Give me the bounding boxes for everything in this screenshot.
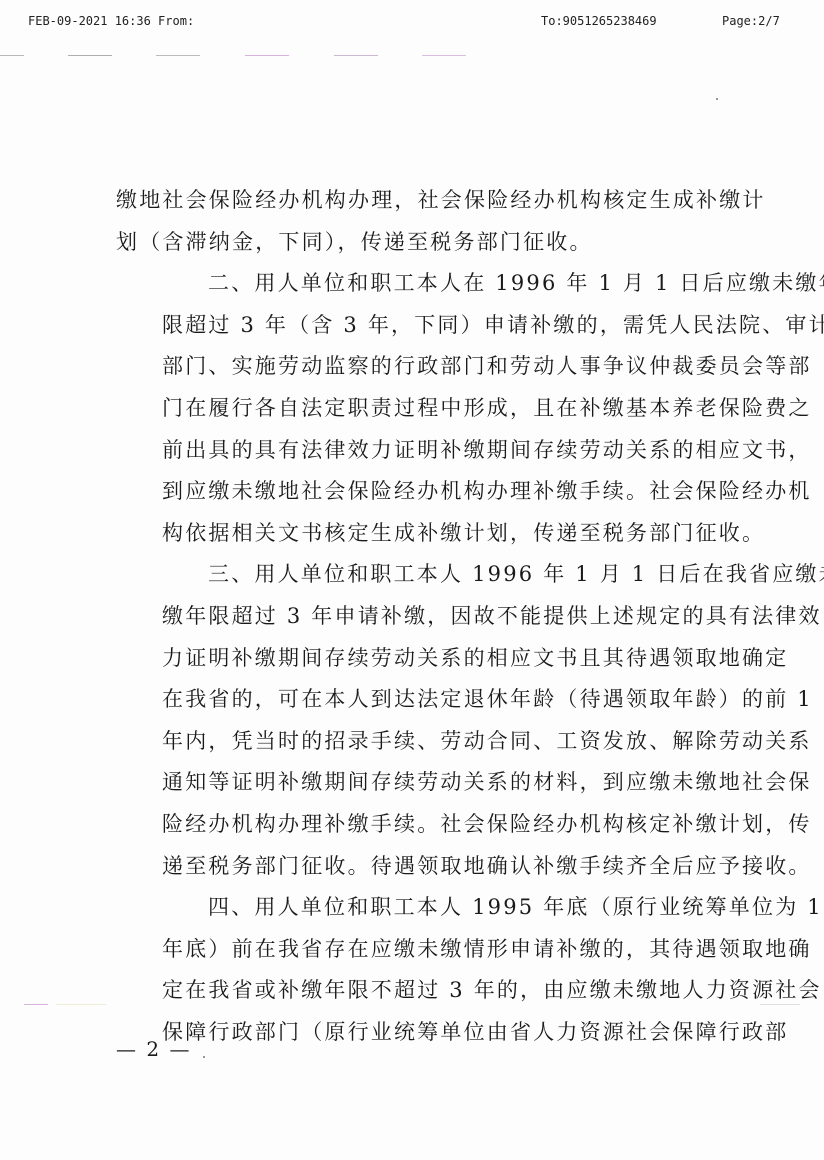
scan-speck — [203, 1056, 205, 1058]
text-line: 前出具的具有法律效力证明补缴期间存续劳动关系的相应文书， — [116, 430, 756, 472]
scan-dash — [156, 55, 200, 56]
page-number: — 2 — — [116, 1037, 191, 1061]
scan-dash — [0, 55, 24, 56]
paragraph-section-two: 二、用人单位和职工本人在 1996 年 1 月 1 日后应缴未缴年 限超过 3 … — [116, 263, 756, 554]
text-line: 四、用人单位和职工本人 1995 年底（原行业统筹单位为 1997 — [116, 887, 756, 929]
text-line: 构依据相关文书核定生成补缴计划，传递至税务部门征收。 — [116, 513, 756, 555]
fax-recipient-number: To:9051265238469 — [541, 14, 657, 28]
text-line: 缴地社会保险经办机构办理，社会保险经办机构核定生成补缴计 — [116, 180, 756, 222]
paragraph-continuation: 缴地社会保险经办机构办理，社会保险经办机构核定生成补缴计 划（含滞纳金，下同），… — [116, 180, 756, 263]
scan-dash — [245, 55, 289, 56]
text-line: 缴年限超过 3 年申请补缴，因故不能提供上述规定的具有法律效 — [116, 596, 756, 638]
paragraph-section-four: 四、用人单位和职工本人 1995 年底（原行业统筹单位为 1997 年底）前在我… — [116, 887, 756, 1053]
scan-dash — [760, 1004, 800, 1005]
scan-dash — [422, 55, 466, 56]
text-line: 划（含滞纳金，下同），传递至税务部门征收。 — [116, 222, 756, 264]
scan-speck — [716, 98, 718, 100]
scan-dash — [56, 1004, 106, 1005]
text-line: 通知等证明补缴期间存续劳动关系的材料，到应缴未缴地社会保 — [116, 762, 756, 804]
scan-dash — [68, 55, 112, 56]
text-line: 限超过 3 年（含 3 年，下同）申请补缴的，需凭人民法院、审计 — [116, 305, 756, 347]
text-line: 到应缴未缴地社会保险经办机构办理补缴手续。社会保险经办机 — [116, 471, 756, 513]
fax-datetime-from: FEB-09-2021 16:36 From: — [28, 14, 194, 28]
text-line: 年底）前在我省存在应缴未缴情形申请补缴的，其待遇领取地确 — [116, 929, 756, 971]
fax-page-counter: Page:2/7 — [722, 14, 780, 28]
text-line: 保障行政部门（原行业统筹单位由省人力资源社会保障行政部 — [116, 1012, 756, 1054]
text-line: 力证明补缴期间存续劳动关系的相应文书且其待遇领取地确定 — [116, 638, 756, 680]
scan-dash — [24, 1004, 48, 1005]
text-line: 部门、实施劳动监察的行政部门和劳动人事争议仲裁委员会等部 — [116, 346, 756, 388]
fax-header: FEB-09-2021 16:36 From: To:9051265238469… — [0, 14, 824, 34]
document-body: 缴地社会保险经办机构办理，社会保险经办机构核定生成补缴计 划（含滞纳金，下同），… — [116, 180, 756, 1053]
paragraph-section-three: 三、用人单位和职工本人 1996 年 1 月 1 日后在我省应缴未 缴年限超过 … — [116, 554, 756, 887]
text-line: 在我省的，可在本人到达法定退休年龄（待遇领取年龄）的前 1 — [116, 679, 756, 721]
text-line: 门在履行各自法定职责过程中形成，且在补缴基本养老保险费之 — [116, 388, 756, 430]
text-line: 年内，凭当时的招录手续、劳动合同、工资发放、解除劳动关系 — [116, 721, 756, 763]
text-line: 定在我省或补缴年限不超过 3 年的，由应缴未缴地人力资源社会 — [116, 970, 756, 1012]
text-line: 递至税务部门征收。待遇领取地确认补缴手续齐全后应予接收。 — [116, 846, 756, 888]
scan-dash — [334, 55, 378, 56]
text-line: 二、用人单位和职工本人在 1996 年 1 月 1 日后应缴未缴年 — [116, 263, 756, 305]
text-line: 险经办机构办理补缴手续。社会保险经办机构核定补缴计划，传 — [116, 804, 756, 846]
text-line: 三、用人单位和职工本人 1996 年 1 月 1 日后在我省应缴未 — [116, 554, 756, 596]
